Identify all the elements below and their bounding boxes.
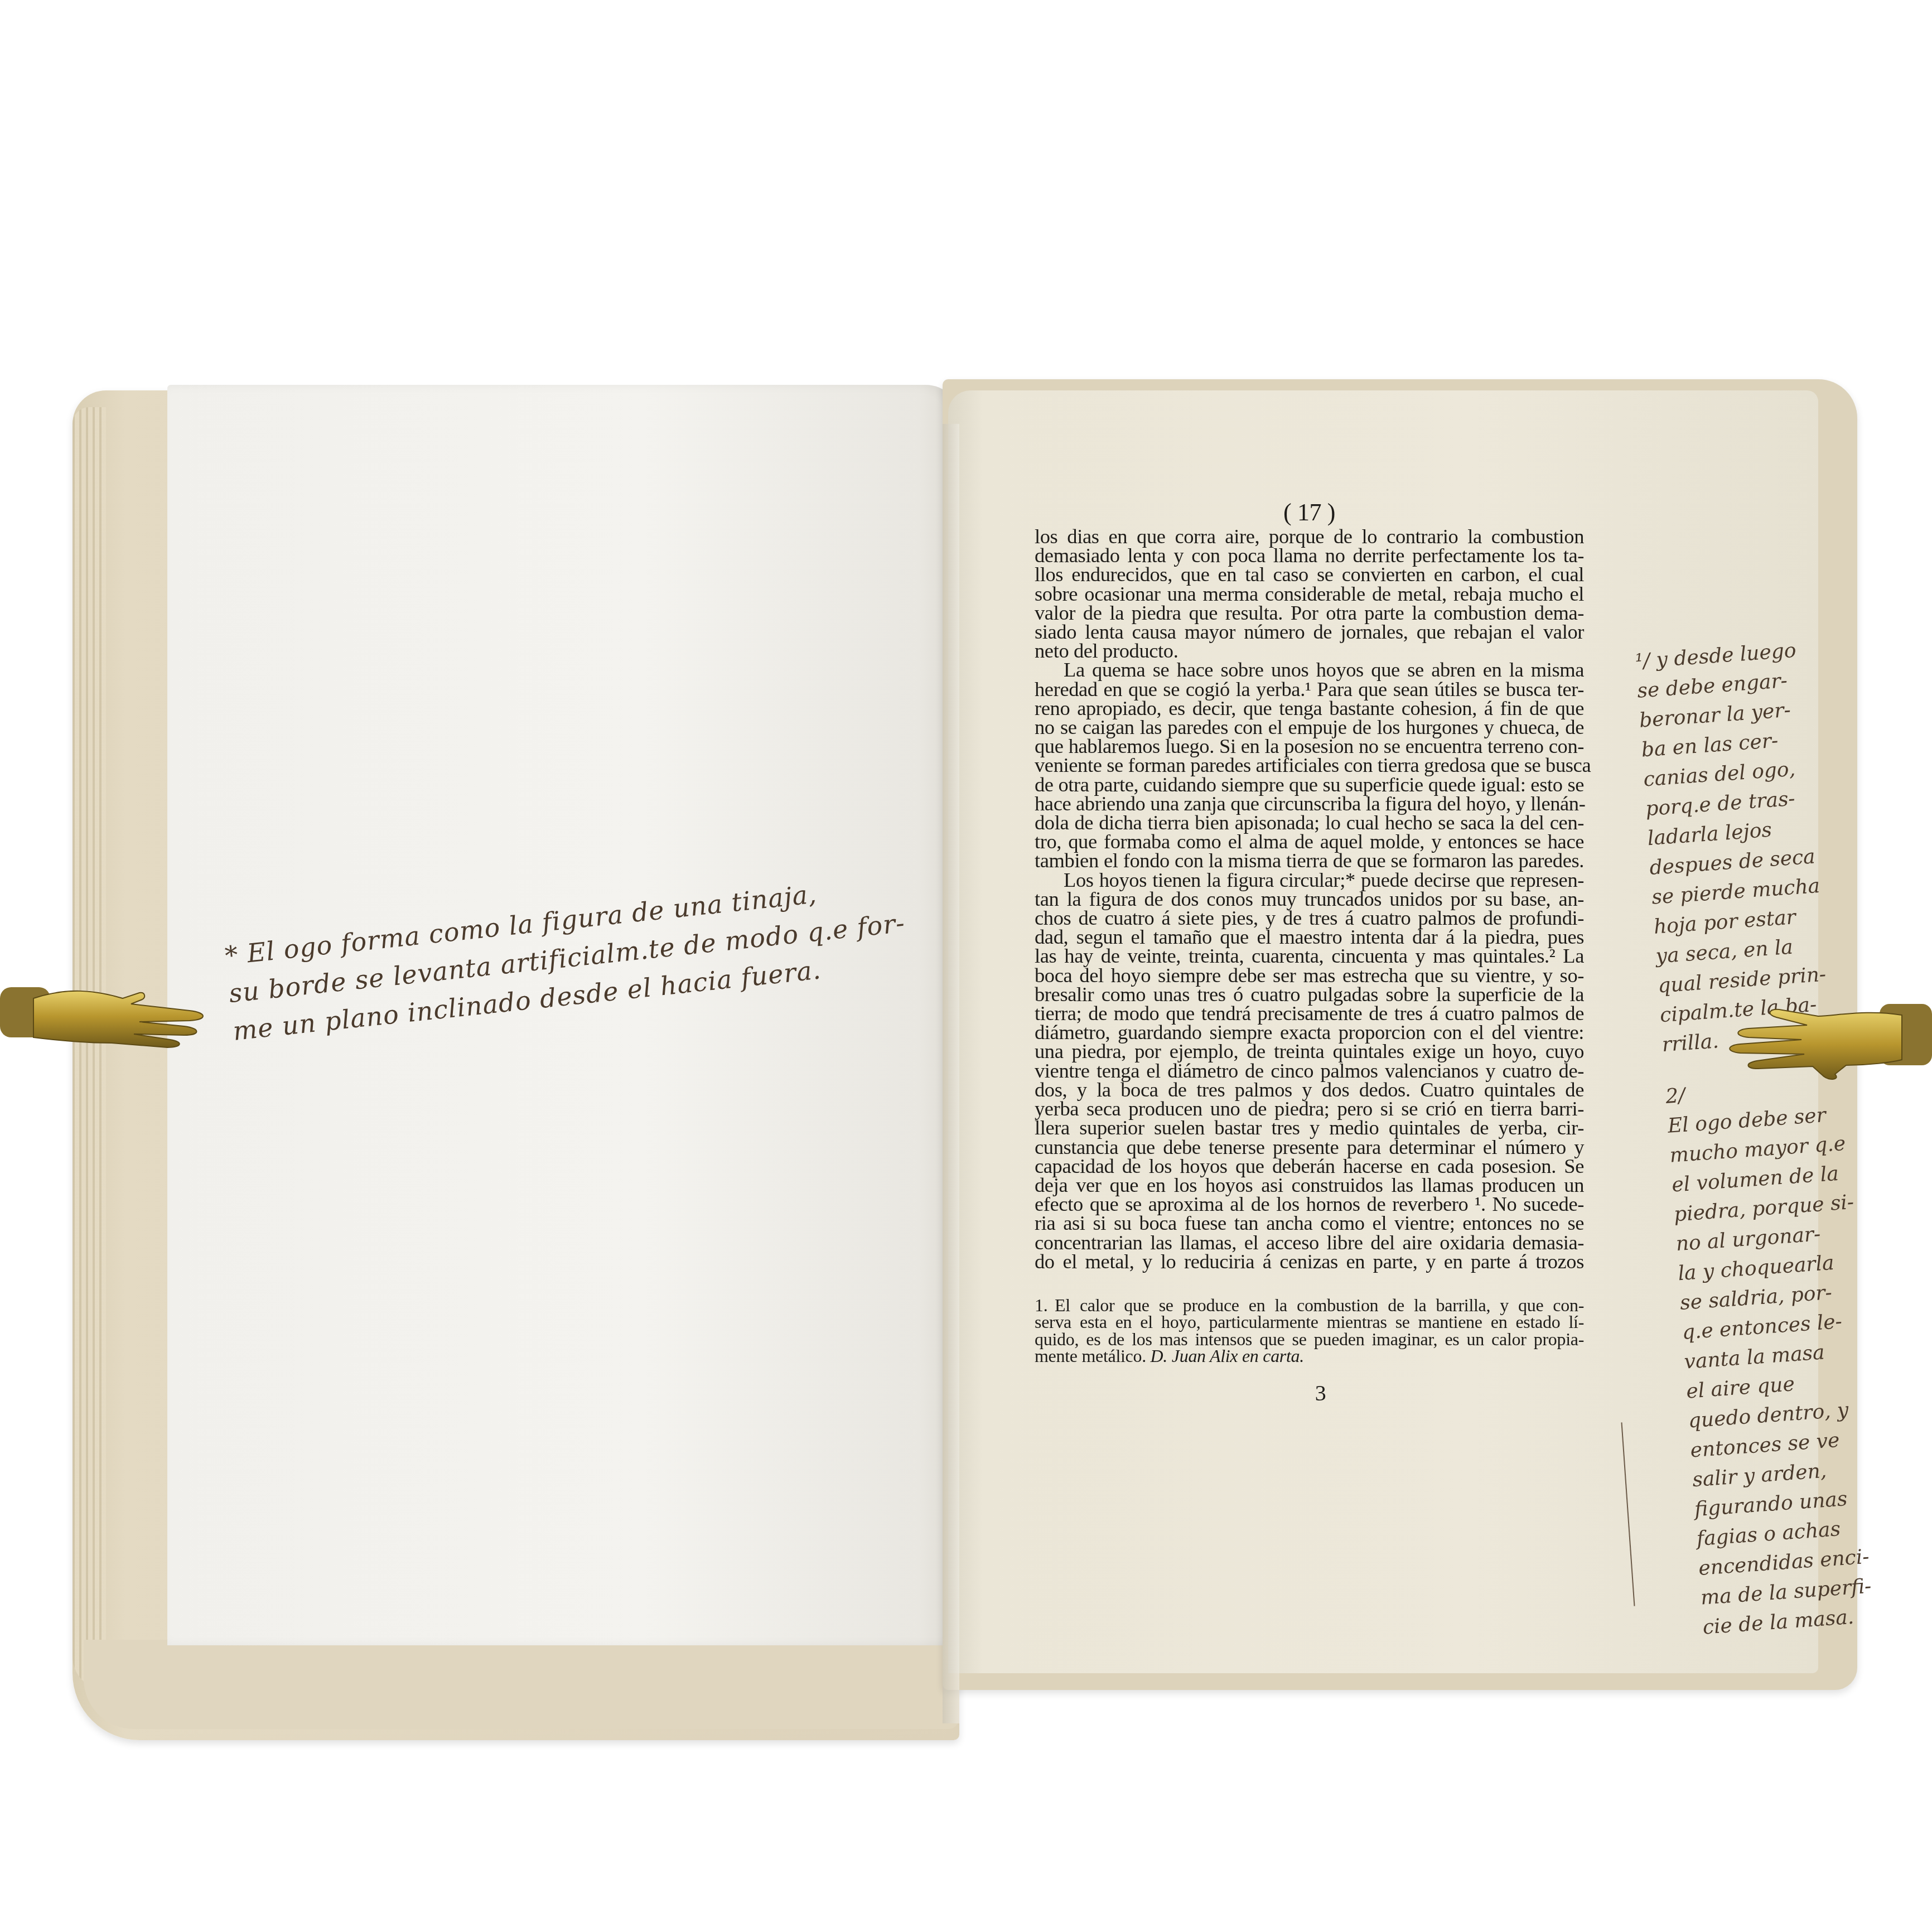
body-line: demasiado lenta y con poca llama no derr… (1035, 546, 1584, 565)
body-line: de otra parte, cuidando siempre que su s… (1035, 775, 1584, 794)
body-line: bresalir como unas tres ó cuatro pulgada… (1035, 985, 1584, 1004)
body-line: los dias en que corra aire, porque de lo… (1035, 527, 1584, 546)
footnote-line: quido, es de los mas intensos que se pue… (1035, 1331, 1584, 1348)
body-line: La quema se hace sobre unos hoyos que se… (1035, 660, 1584, 679)
body-line: tierra; de modo que tendrá precisamente … (1035, 1004, 1584, 1023)
body-line: valor de la piedra que resulta. Por otra… (1035, 603, 1584, 622)
body-line: tro, que formaba como el alma de aquel m… (1035, 832, 1584, 851)
body-line: veniente se forman paredes artificiales … (1035, 756, 1584, 775)
left-page-underlying-leaf (84, 1640, 959, 1729)
book-gutter (943, 424, 959, 1723)
body-line: vientre tenga el diámetro de cinco palmo… (1035, 1061, 1584, 1080)
body-line: heredad en que se cogió la yerba.¹ Para … (1035, 680, 1584, 699)
body-line: hace abriendo una zanja que circunscriba… (1035, 794, 1584, 813)
printed-text-block: ( 17 ) los dias en que corra aire, porqu… (1035, 499, 1584, 1403)
body-line: tambien el fondo con la misma tierra de … (1035, 851, 1584, 870)
body-line: concentrarian las llamas, el acceso libr… (1035, 1233, 1584, 1252)
body-line: reno apropiado, es decir, que tenga bast… (1035, 699, 1584, 718)
brass-hand-clip-right-icon (1701, 982, 1932, 1093)
body-line: boca del hoyo siempre debe ser mas estre… (1035, 966, 1584, 985)
body-line: que hablaremos luego. Si en la posesion … (1035, 737, 1584, 756)
body-line: sobre ocasionar una merma considerable d… (1035, 585, 1584, 603)
brass-hand-clip-left-icon (0, 959, 209, 1060)
footnote: 1.El calor que se produce en la combusti… (1035, 1297, 1584, 1365)
body-line: neto del producto. (1035, 641, 1584, 660)
body-line: do el metal, y lo reduciria á cenizas en… (1035, 1252, 1584, 1271)
margin-note-2: El ogo debe sermucho mayor q.eel volumen… (1667, 1097, 1921, 1643)
body-line: no se caigan las paredes con el empuje d… (1035, 718, 1584, 737)
body-line: dad, segun el tamaño que el maestro inte… (1035, 928, 1584, 946)
body-line: deja ver que en los hoyos asi construido… (1035, 1176, 1584, 1195)
body-line: dola de dicha tierra bien apisonada; lo … (1035, 813, 1584, 832)
body-line: dos, y la boca de tres palmos y dos dedo… (1035, 1080, 1584, 1099)
footnote-line: serva esta en el hoyo, particularmente m… (1035, 1313, 1584, 1331)
body-line: diámetro, guardando siempre exacta propo… (1035, 1023, 1584, 1042)
body-line: llera superior suelen bastar tres y medi… (1035, 1118, 1584, 1137)
body-line: siado lenta causa mayor número de jornal… (1035, 622, 1584, 641)
body-line: ria asi si su boca fuese tan ancha como … (1035, 1214, 1584, 1233)
signature-mark: 3 (1035, 1384, 1584, 1403)
body-line: llos endurecidos, que en tal caso se con… (1035, 565, 1584, 584)
page-number: ( 17 ) (1035, 499, 1584, 526)
body-line: Los hoyos tienen la figura circular;* pu… (1035, 871, 1584, 890)
footnote-attribution: D. Juan Alix en carta. (1151, 1346, 1304, 1366)
footnote-line: mente metálico. (1035, 1346, 1151, 1366)
body-line: yerba seca producen uno de piedra; pero … (1035, 1099, 1584, 1118)
body-line: capacidad de los hoyos que deberán hacer… (1035, 1157, 1584, 1176)
body-line: chos de cuatro á siete pies, y de tres á… (1035, 909, 1584, 928)
body-text: los dias en que corra aire, porque de lo… (1035, 527, 1584, 1271)
open-book: * El ogo forma como la figura de una tin… (0, 0, 1932, 1932)
body-line: cunstancia que debe tenerse presente par… (1035, 1138, 1584, 1157)
body-line: efecto que se aproxima al de los hornos … (1035, 1195, 1584, 1214)
footnote-mark: 1. (1035, 1297, 1055, 1314)
body-line: las hay de veinte, treinta, cuarenta, ci… (1035, 946, 1584, 965)
body-line: una piedra, por ejemplo, de treinta quin… (1035, 1042, 1584, 1061)
body-line: tan la figura de dos conos muy truncados… (1035, 890, 1584, 909)
